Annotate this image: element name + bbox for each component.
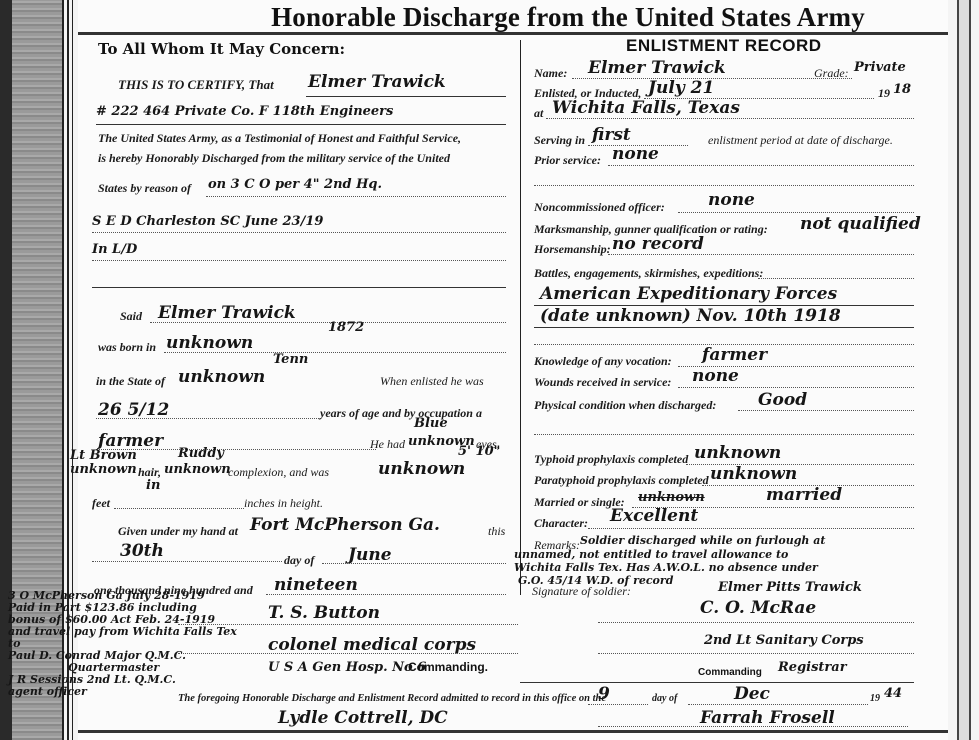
underline: [534, 327, 914, 328]
deputy-name: Farrah Frosell: [700, 708, 835, 728]
officer-name: C. O. McRae: [700, 598, 816, 618]
enlisted-year-prefix: 19: [878, 86, 890, 101]
paratyphoid-value: unknown: [710, 464, 797, 484]
underline: [96, 124, 506, 125]
remarks-line-3: Wichita Falls Tex. Has A.W.O.L. no absen…: [514, 561, 818, 574]
typhoid-value: unknown: [694, 443, 781, 463]
eyes-overwrite: Blue: [414, 416, 448, 431]
name-value: Elmer Trawick: [588, 58, 726, 78]
feet-overwrite: in: [146, 478, 160, 493]
soldier-name: Elmer Trawick: [308, 72, 446, 92]
hair-overwrite: Lt Brown: [70, 448, 137, 463]
reason-label: States by reason of: [98, 181, 191, 196]
remarks-line-1: Soldier discharged while on furlough at: [580, 534, 825, 547]
born-year: 1872: [328, 320, 364, 335]
underline: [520, 682, 914, 683]
dotted-line: [738, 410, 914, 411]
battles-label: Battles, engagements, skirmishes, expedi…: [534, 266, 763, 281]
salutation: To All Whom It May Concern:: [98, 40, 345, 58]
serving-suffix: enlistment period at date of discharge.: [708, 133, 893, 148]
remarks-line-2: unnamed, not entitled to travel allowanc…: [514, 548, 788, 561]
dotted-line: [96, 449, 376, 450]
dotted-line: [546, 118, 914, 119]
dotted-line: [758, 278, 914, 279]
said-name: Elmer Trawick: [158, 303, 296, 323]
signature-label: Signature of soldier:: [532, 584, 631, 599]
dotted-line: [588, 704, 648, 705]
margin-note-line: and travel pay from Wichita Falls Tex: [8, 626, 308, 638]
dotted-line: [588, 528, 914, 529]
underline: [92, 287, 506, 288]
height-overwrite: 5' 10": [458, 444, 500, 459]
character-value: Excellent: [610, 506, 698, 526]
character-label: Character:: [534, 516, 588, 531]
at-label: at: [534, 106, 543, 121]
dotted-line: [598, 622, 914, 623]
title-rule: [78, 32, 948, 35]
service-line: # 222 464 Private Co. F 118th Engineers: [96, 104, 393, 119]
nco-label: Noncommissioned officer:: [534, 200, 665, 215]
dotted-line: [92, 260, 506, 261]
margin-notes: 3 O McPherson Ga July 28-1919 Paid in Pa…: [8, 590, 308, 698]
marks-value: not qualified: [800, 214, 921, 234]
said-label: Said: [120, 309, 142, 324]
enlistment-record-title: ENLISTMENT RECORD: [626, 36, 822, 56]
discharge-certificate: Honorable Discharge from the United Stat…: [78, 0, 948, 740]
height-value: unknown: [378, 459, 465, 479]
complexion-value: unknown: [164, 462, 231, 477]
vocation-label: Knowledge of any vocation:: [534, 354, 672, 369]
complexion-overwrite: Ruddy: [178, 446, 224, 461]
underline: [306, 96, 506, 97]
day-label: day of: [284, 553, 314, 568]
dotted-line: [534, 185, 914, 186]
married-value: married: [766, 485, 842, 505]
age-value: 26 5/12: [98, 400, 169, 420]
commanding-label-right: Commanding: [698, 667, 762, 678]
battles-line-1: American Expeditionary Forces: [540, 284, 837, 304]
dotted-line: [92, 561, 282, 562]
wounds-label: Wounds received in service:: [534, 375, 671, 390]
discharged-text: is hereby Honorably Discharged from the …: [98, 151, 450, 166]
wounds-value: none: [692, 366, 739, 386]
married-struck: unknown: [638, 490, 705, 505]
grade-label: Grade:: [814, 66, 849, 81]
grade-value: Private: [854, 60, 906, 75]
commanding-label: Commanding.: [408, 660, 488, 674]
recording-day-label: day of: [652, 693, 677, 704]
dotted-line: [164, 352, 506, 353]
horse-label: Horsemanship:: [534, 242, 611, 257]
enlisted-age-label: When enlisted he was: [380, 374, 484, 389]
dotted-line: [608, 254, 914, 255]
horse-value: no record: [612, 234, 704, 254]
state-value: unknown: [178, 367, 265, 387]
dotted-line: [534, 434, 914, 435]
enlisted-value: July 21: [648, 78, 714, 98]
reason-line-1: on 3 C O per 4" 2nd Hq.: [208, 177, 382, 192]
at-value: Wichita Falls, Texas: [552, 98, 740, 118]
dotted-line: [688, 704, 868, 705]
dotted-line: [92, 232, 506, 233]
commanding-value: Registrar: [778, 660, 847, 675]
age-label: years of age and by occupation a: [320, 406, 482, 421]
document-title: Honorable Discharge from the United Stat…: [218, 2, 918, 33]
complexion-label: complexion, and was: [228, 465, 329, 480]
typhoid-label: Typhoid prophylaxis completed: [534, 452, 688, 467]
feet-label: feet: [92, 496, 110, 511]
dotted-line: [608, 165, 914, 166]
dotted-line: [206, 196, 506, 197]
dotted-line: [678, 387, 914, 388]
hair-value: unknown: [70, 462, 137, 477]
state-overwrite: Tenn: [273, 352, 308, 367]
dotted-line: [598, 653, 914, 654]
recording-text: The foregoing Honorable Discharge and En…: [178, 693, 606, 704]
certify-label: THIS IS TO CERTIFY, That: [118, 77, 274, 93]
this-label: this: [488, 524, 505, 539]
column-divider: [520, 40, 521, 595]
prior-value: none: [612, 144, 659, 164]
officer-title: 2nd Lt Sanitary Corps: [704, 633, 864, 648]
bottom-rule: [78, 730, 948, 733]
battles-line-2: (date unknown) Nov. 10th 1918: [540, 306, 841, 326]
dotted-line: [114, 508, 244, 509]
inches-label: inches in height.: [244, 496, 323, 511]
recording-day: 9: [598, 684, 610, 704]
dotted-line: [678, 212, 914, 213]
paratyphoid-label: Paratyphoid prophylaxis completed: [534, 473, 709, 488]
serving-label: Serving in: [534, 133, 585, 148]
signature-value: Elmer Pitts Trawick: [718, 580, 862, 595]
clerk-name: Lydle Cottrell, DC: [278, 708, 448, 728]
born-place: unknown: [166, 333, 253, 353]
recording-year-prefix: 19: [870, 693, 880, 704]
prior-label: Prior service:: [534, 153, 601, 168]
reason-line-3: In L/D: [92, 242, 137, 257]
dotted-line: [322, 563, 506, 564]
testimonial-text: The United States Army, as a Testimonial…: [98, 131, 461, 146]
recording-month: Dec: [734, 684, 770, 704]
vocation-value: farmer: [702, 345, 767, 365]
physical-value: Good: [758, 390, 807, 410]
name-label: Name:: [534, 66, 567, 81]
serving-value: first: [592, 125, 631, 145]
born-label: was born in: [98, 340, 156, 355]
nco-value: none: [708, 190, 755, 210]
month-value: June: [348, 545, 392, 565]
day-value: 30th: [120, 541, 164, 561]
dotted-line: [96, 418, 321, 419]
state-label: in the State of: [96, 374, 165, 389]
recording-year-value: 44: [884, 686, 902, 701]
given-place: Fort McPherson Ga.: [250, 515, 440, 535]
eyes-label: He had: [370, 437, 405, 452]
physical-label: Physical condition when discharged:: [534, 398, 716, 413]
given-label: Given under my hand at: [118, 524, 238, 539]
reason-line-2: S E D Charleston SC June 23/19: [92, 214, 323, 229]
right-border: [957, 0, 971, 740]
enlisted-year-value: 18: [893, 82, 911, 97]
